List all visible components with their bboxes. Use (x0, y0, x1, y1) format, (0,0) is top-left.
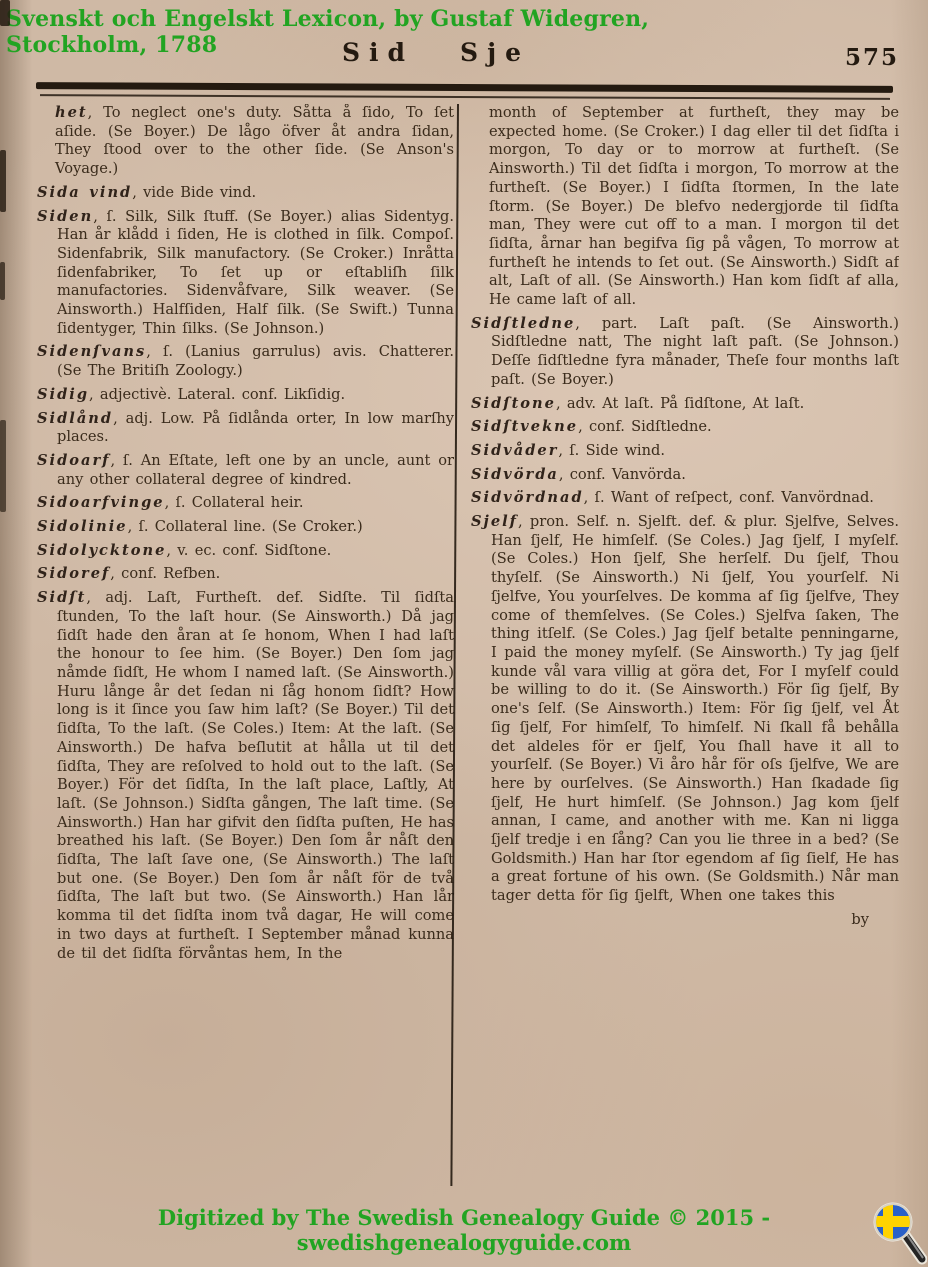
scan-artifact (0, 420, 6, 512)
entry-headword: Sidſtvekne (471, 418, 578, 435)
dictionary-entry: Sidſtone, adv. At laſt. På ſidſtone, At … (471, 395, 899, 414)
column-right: month of September at furtheſt, they may… (471, 104, 899, 1216)
dictionary-entry: Sidoarf, ſ. An Eſtate, left one by an un… (37, 452, 454, 489)
entry-headword: Sidvördnad (471, 489, 584, 506)
dictionary-entry: Sidoref, conf. Refben. (37, 565, 454, 584)
dictionary-entry: Sidvåder, ſ. Side wind. (471, 442, 899, 461)
dictionary-entry: Sidvörda, conf. Vanvörda. (471, 466, 899, 485)
entry-headword: Sidolycktone (37, 542, 166, 559)
entry-headword: Sidvörda (471, 466, 559, 483)
dictionary-entry: Sidlånd, adj. Low. På ſidlånda orter, In… (37, 410, 454, 447)
entry-headword: Sidvåder (471, 442, 558, 459)
scan-artifact (0, 150, 6, 212)
entry-headword: Sidſtledne (471, 315, 575, 332)
entry-headword: het (55, 104, 88, 121)
entry-headword: Sidolinie (37, 518, 128, 535)
entry-headword: Sidſt (37, 589, 86, 606)
scan-artifact (0, 262, 5, 300)
entry-headword: Sidoarf (37, 452, 110, 469)
column-left: het, To neglect one's duty. Såtta å ſido… (37, 104, 454, 1216)
running-head: Sid Sje (342, 38, 530, 67)
dictionary-entry: Sidoarfvinge, ſ. Collateral heir. (37, 494, 454, 513)
page-number: 575 (845, 44, 899, 71)
dictionary-entry: Sjelf, pron. Self. n. Sjelft. def. & plu… (471, 513, 899, 906)
catchword: by (471, 911, 899, 930)
dictionary-entry: Sidvördnad, ſ. Want of reſpect, conf. Va… (471, 489, 899, 508)
dictionary-entry: Sidſtvekne, conf. Sidſtledne. (471, 418, 899, 437)
entry-headword: Sidlånd (37, 410, 113, 427)
entry-headword: Siden (37, 208, 93, 225)
dictionary-entry: Siden, ſ. Silk, Silk ſtuff. (Se Boyer.) … (37, 208, 454, 339)
scan-artifact (0, 0, 10, 26)
entry-headword: Sida vind (37, 184, 132, 201)
dictionary-entry: Sidolinie, ſ. Collateral line. (Se Croke… (37, 518, 454, 537)
dictionary-entry: Sidig, adjectivè. Lateral. conf. Likſidi… (37, 386, 454, 405)
dictionary-entry: Sidenſvans, ſ. (Lanius garrulus) avis. C… (37, 343, 454, 380)
entry-headword: Sidoarfvinge (37, 494, 165, 511)
header-rule-thick (36, 82, 893, 93)
scan-page: Svenskt och Engelskt Lexicon, by Gustaf … (0, 0, 928, 1267)
entry-headword: Sjelf (471, 513, 518, 530)
entry-headword: Sidig (37, 386, 89, 403)
dictionary-entry: Sidſtledne, part. Laſt paſt. (Se Ainswor… (471, 315, 899, 390)
entry-headword: Sidſtone (471, 395, 556, 412)
dictionary-entry: Sidſt, adj. Laſt, Furtheſt. def. Sidſte.… (37, 589, 454, 963)
running-head-left: Sid (342, 38, 414, 67)
dictionary-entry: Sida vind, vide Bide vind. (37, 184, 454, 203)
swedish-flag-magnifier-icon (869, 1201, 927, 1265)
digitizer-caption-bottom: Digitized by The Swedish Genealogy Guide… (0, 1205, 928, 1255)
header-rule-thin (40, 94, 890, 100)
dictionary-entry: het, To neglect one's duty. Såtta å ſido… (37, 104, 454, 179)
entry-headword: Sidoref (37, 565, 110, 582)
dictionary-entry: month of September at furtheſt, they may… (471, 104, 899, 310)
running-head-right: Sje (460, 38, 530, 67)
entry-headword: Sidenſvans (37, 343, 146, 360)
dictionary-entry: Sidolycktone, v. ec. conf. Sidſtone. (37, 542, 454, 561)
